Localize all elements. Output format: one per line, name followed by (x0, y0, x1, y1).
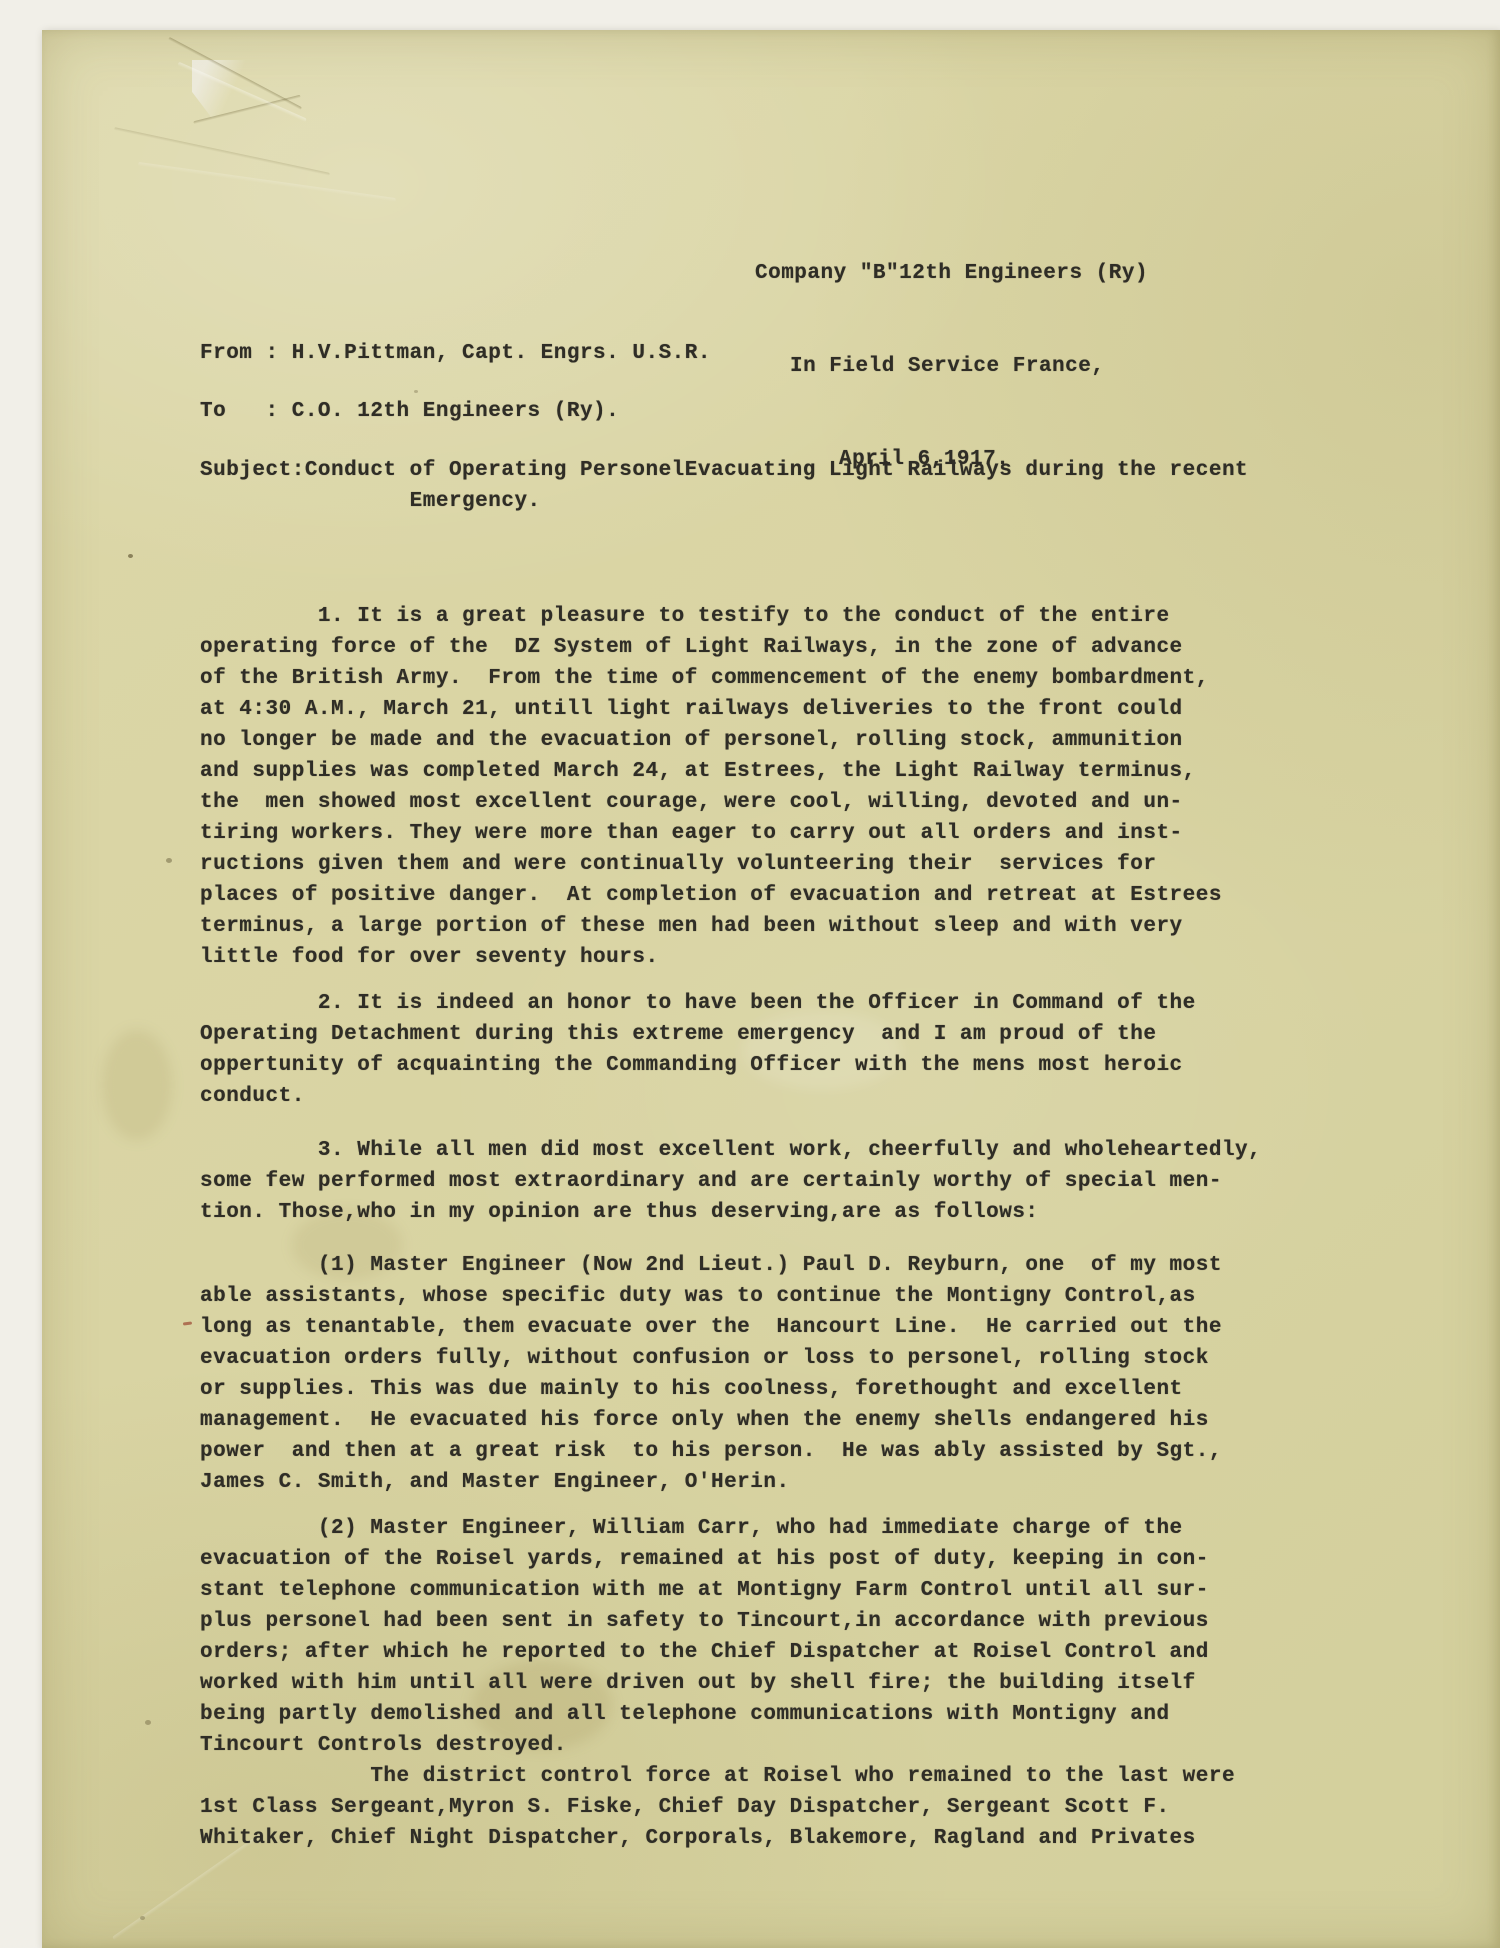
typed-line: James C. Smith, and Master Engineer, O'H… (200, 1467, 1222, 1498)
service-line: In Field Service France, (755, 351, 1148, 382)
scan-background: { "page": { "scan_background": "#f1efe8"… (0, 0, 1500, 1948)
paper-wrinkle (138, 162, 396, 202)
typed-line: tiring workers. They were more than eage… (200, 818, 1222, 849)
typed-line: management. He evacuated his force only … (200, 1405, 1222, 1436)
typed-line: able assistants, whose specific duty was… (200, 1281, 1222, 1312)
typed-line: (1) Master Engineer (Now 2nd Lieut.) Pau… (200, 1250, 1222, 1281)
typed-line: no longer be made and the evacuation of … (200, 725, 1222, 756)
ink-speck (414, 390, 418, 393)
paragraph-5: (2) Master Engineer, William Carr, who h… (200, 1513, 1235, 1854)
paragraph-3: 3. While all men did most excellent work… (200, 1135, 1261, 1228)
red-pencil-mark (183, 1321, 192, 1325)
subject-block: Subject:Conduct of Operating PersonelEva… (200, 455, 1248, 517)
typed-line: conduct. (200, 1081, 1196, 1112)
typed-line: stant telephone communication with me at… (200, 1575, 1235, 1606)
typed-line: long as tenantable, them evacuate over t… (200, 1312, 1222, 1343)
typed-line: tion. Those,who in my opinion are thus d… (200, 1197, 1261, 1228)
typed-line: Whitaker, Chief Night Dispatcher, Corpor… (200, 1823, 1235, 1854)
ink-speck (128, 554, 133, 558)
typed-line: 1. It is a great pleasure to testify to … (200, 601, 1222, 632)
typed-line: ructions given them and were continually… (200, 849, 1222, 880)
typed-line: places of positive danger. At completion… (200, 880, 1222, 911)
subject-line: Emergency. (200, 486, 1248, 517)
typed-line: of the British Army. From the time of co… (200, 663, 1222, 694)
typed-line: some few performed most extraordinary an… (200, 1166, 1261, 1197)
typed-line: oppertunity of acquainting the Commandin… (200, 1050, 1196, 1081)
to-line: To : C.O. 12th Engineers (Ry). (200, 396, 619, 427)
typed-line: the men showed most excellent courage, w… (200, 787, 1222, 818)
typed-line: (2) Master Engineer, William Carr, who h… (200, 1513, 1235, 1544)
typed-line: evacuation of the Roisel yards, remained… (200, 1544, 1235, 1575)
typed-line: power and then at a great risk to his pe… (200, 1436, 1222, 1467)
typed-line: terminus, a large portion of these men h… (200, 911, 1222, 942)
typed-line: being partly demolished and all telephon… (200, 1699, 1235, 1730)
from-line: From : H.V.Pittman, Capt. Engrs. U.S.R. (200, 338, 711, 369)
paragraph-4: (1) Master Engineer (Now 2nd Lieut.) Pau… (200, 1250, 1222, 1498)
typed-line: Operating Detachment during this extreme… (200, 1019, 1196, 1050)
typed-line: plus personel had been sent in safety to… (200, 1606, 1235, 1637)
ink-speck (145, 1720, 151, 1725)
typed-line: 2. It is indeed an honor to have been th… (200, 988, 1196, 1019)
paragraph-2: 2. It is indeed an honor to have been th… (200, 988, 1196, 1112)
typed-line: little food for over seventy hours. (200, 942, 1222, 973)
paragraph-1: 1. It is a great pleasure to testify to … (200, 601, 1222, 973)
company-line: Company "B"12th Engineers (Ry) (755, 258, 1148, 289)
typed-line: at 4:30 A.M., March 21, untill light rai… (200, 694, 1222, 725)
paper-stain (102, 1030, 172, 1140)
typed-line: and supplies was completed March 24, at … (200, 756, 1222, 787)
typed-line: orders; after which he reported to the C… (200, 1637, 1235, 1668)
typed-line: operating force of the DZ System of Ligh… (200, 632, 1222, 663)
typed-line: The district control force at Roisel who… (200, 1761, 1235, 1792)
typed-line: Tincourt Controls destroyed. (200, 1730, 1235, 1761)
typed-line: 1st Class Sergeant,Myron S. Fiske, Chief… (200, 1792, 1235, 1823)
paper-crease (114, 127, 330, 176)
typed-line: 3. While all men did most excellent work… (200, 1135, 1261, 1166)
typed-line: worked with him until all were driven ou… (200, 1668, 1235, 1699)
ink-speck (140, 1916, 145, 1920)
subject-line: Subject:Conduct of Operating PersonelEva… (200, 455, 1248, 486)
typed-line: or supplies. This was due mainly to his … (200, 1374, 1222, 1405)
typed-line: evacuation orders fully, without confusi… (200, 1343, 1222, 1374)
ink-speck (166, 858, 172, 863)
